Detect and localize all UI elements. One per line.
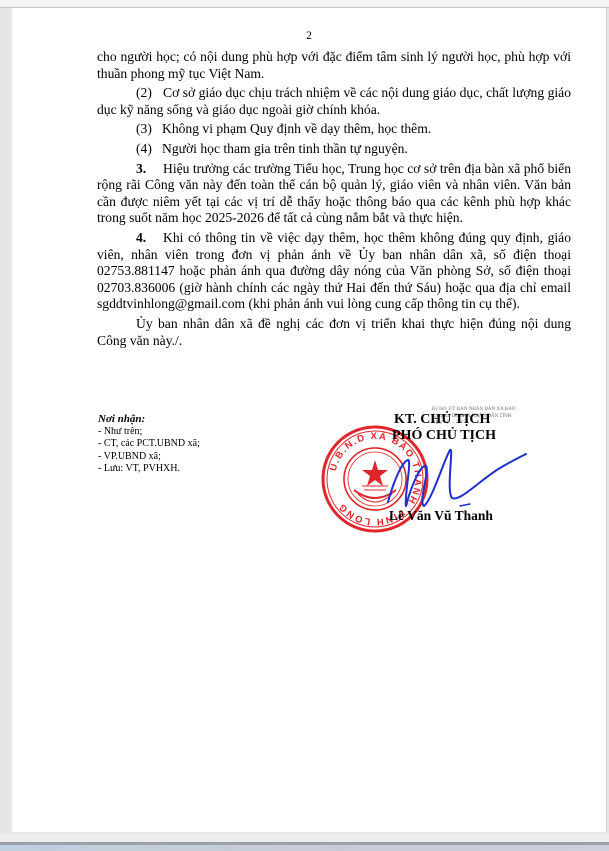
item-3: (3)Không vi phạm Quy định về dạy thêm, h… — [97, 121, 571, 138]
paragraph-continuation: cho người học; có nội dung phù hợp với đ… — [97, 49, 571, 82]
signer-name: Lê Văn Vũ Thanh — [389, 508, 493, 524]
section-3: 3.Hiệu trưởng các trường Tiểu học, Trung… — [97, 161, 571, 227]
item-2: (2)Cơ sở giáo dục chịu trách nhiệm về cá… — [97, 85, 571, 118]
item-label: (3) — [136, 121, 162, 138]
item-text: Người học tham gia trên tinh thần tự ngu… — [162, 141, 408, 156]
section-text: Hiệu trưởng các trường Tiểu học, Trung h… — [97, 161, 571, 226]
item-label: (2) — [136, 85, 163, 102]
recipient-item: - CT, các PCT.UBND xã; — [98, 438, 318, 450]
taskbar-strip — [0, 845, 609, 851]
recipient-item: - VP.UBND xã; — [98, 451, 318, 463]
item-4: (4)Người học tham gia trên tinh thần tự … — [97, 141, 571, 158]
recipients-block: Nơi nhận: - Như trên; - CT, các PCT.UBND… — [98, 413, 318, 475]
item-text: Cơ sở giáo dục chịu trách nhiệm về các n… — [97, 85, 571, 117]
section-number: 4. — [136, 230, 163, 247]
recipient-item: - Lưu: VT, PVHXH. — [98, 463, 318, 475]
viewer-toolbar-edge — [0, 0, 609, 8]
recipients-title: Nơi nhận: — [98, 413, 318, 425]
section-text: Khi có thông tin về việc dạy thêm, học t… — [97, 230, 571, 311]
signature-title-line1: KT. CHỦ TỊCH — [394, 412, 490, 428]
section-number: 3. — [136, 161, 163, 178]
document-body: cho người học; có nội dung phù hợp với đ… — [97, 49, 571, 349]
recipient-item: - Như trên; — [98, 426, 318, 438]
viewer-bottom-edge — [0, 834, 609, 845]
item-text: Không vi phạm Quy định về dạy thêm, học … — [162, 121, 431, 136]
item-label: (4) — [136, 141, 162, 158]
closing-paragraph: Ủy ban nhân dân xã đề nghị các đơn vị tr… — [97, 316, 571, 349]
page-number: 2 — [12, 30, 606, 42]
section-4: 4.Khi có thông tin về việc dạy thêm, học… — [97, 230, 571, 313]
